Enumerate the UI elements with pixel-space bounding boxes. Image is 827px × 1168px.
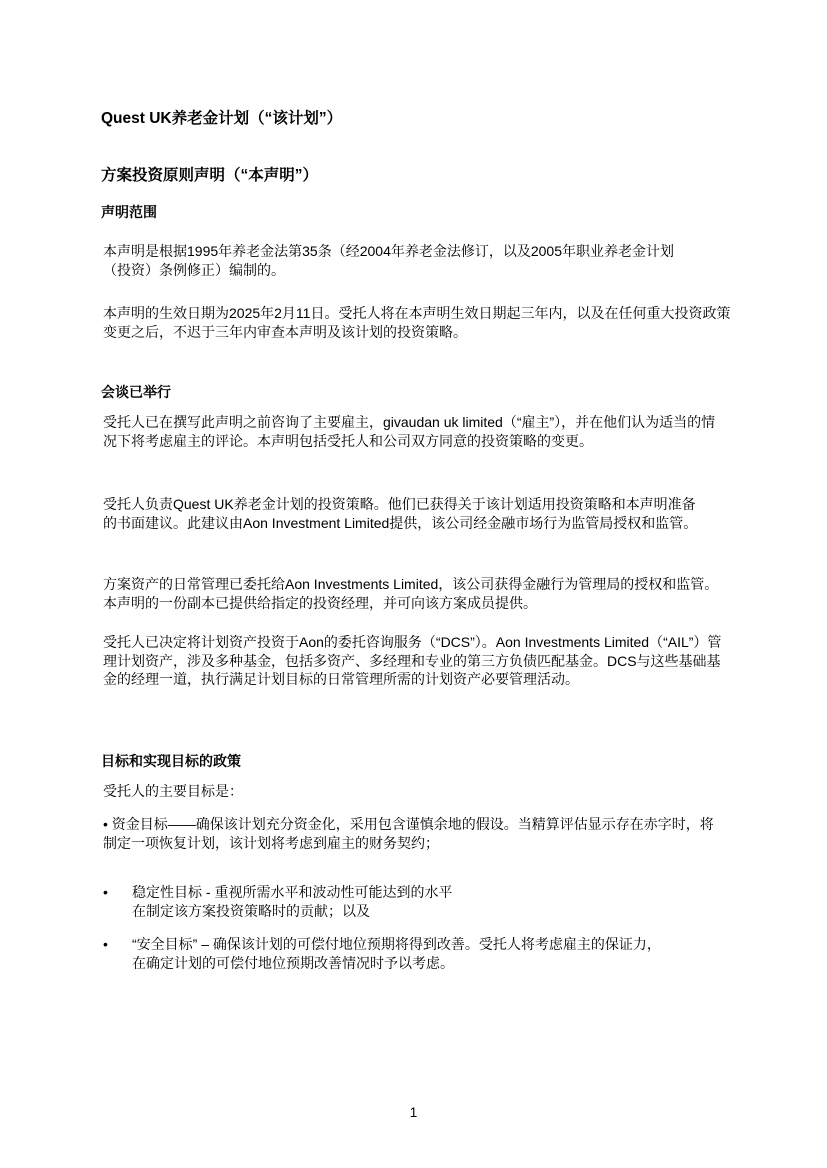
objective-stability-text: 稳定性目标 - 重视所需水平和波动性可能达到的水平 在制定该方案投资策略时的贡献… (132, 883, 746, 920)
meetings-paragraph-dcs: 受托人已决定将计划资产投资于Aon的委托咨询服务（“DCS”）。Aon Inve… (101, 633, 746, 689)
meetings-paragraph-employer-consultation: 受托人已在撰写此声明之前咨询了主要雇主，givaudan uk limited（… (101, 413, 746, 450)
objective-security-text: “安全目标” – 确保该计划的可偿付地位预期将得到改善。受托人将考虑雇主的保证力… (132, 935, 746, 972)
section-heading-meetings: 会谈已举行 (101, 383, 746, 401)
document-content: Quest UK养老金计划（“该计划”） 方案投资原则声明（“本声明”） 声明范… (101, 110, 746, 972)
bullet-icon: • (103, 883, 132, 902)
meetings-paragraph-daily-management: 方案资产的日常管理已委托给Aon Investments Limited，该公司… (101, 575, 746, 612)
page-number: 1 (0, 1104, 827, 1122)
objective-security-bullet: • “安全目标” – 确保该计划的可偿付地位预期将得到改善。受托人将考虑雇主的保… (101, 935, 746, 972)
document-subtitle: 方案投资原则声明（“本声明”） (101, 167, 746, 185)
section-heading-objectives: 目标和实现目标的政策 (101, 752, 746, 770)
bullet-icon: • (103, 935, 132, 954)
section-heading-scope: 声明范围 (101, 203, 746, 221)
objectives-intro: 受托人的主要目标是： (101, 782, 746, 801)
scope-paragraph-basis: 本声明是根据1995年养老金法第35条（经2004年养老金法修订，以及2005年… (101, 242, 746, 279)
objective-stability-bullet: • 稳定性目标 - 重视所需水平和波动性可能达到的水平 在制定该方案投资策略时的… (101, 883, 746, 920)
document-page: Quest UK养老金计划（“该计划”） 方案投资原则声明（“本声明”） 声明范… (0, 0, 827, 1168)
objective-funding-bullet: • 资金目标——确保该计划充分资金化，采用包含谨慎余地的假设。当精算评估显示存在… (101, 815, 746, 852)
scope-paragraph-effective-date: 本声明的生效日期为2025年2月11日。受托人将在本声明生效日期起三年内，以及在… (101, 304, 746, 341)
document-title: Quest UK养老金计划（“该计划”） (101, 110, 746, 128)
meetings-paragraph-written-advice: 受托人负责Quest UK养老金计划的投资策略。他们已获得关于该计划适用投资策略… (101, 495, 746, 532)
